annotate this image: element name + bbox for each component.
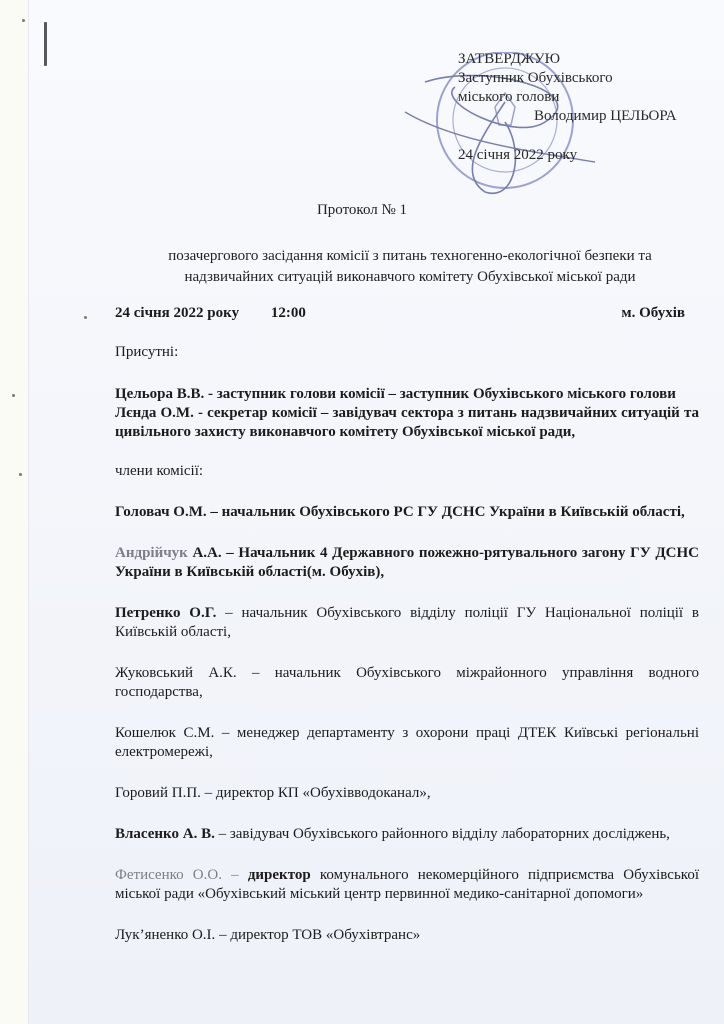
member-entry: Головач О.М. – начальник Обухівського РС… bbox=[115, 503, 699, 522]
approval-heading: ЗАТВЕРДЖУЮ bbox=[458, 50, 677, 69]
scan-speck bbox=[12, 394, 15, 397]
document-subtitle: позачергового засідання комісії з питань… bbox=[100, 246, 720, 288]
scan-speck bbox=[19, 473, 22, 476]
member-name: Кошелюк С.М. bbox=[115, 725, 214, 741]
members-label: члени комісії: bbox=[115, 462, 699, 481]
scan-left-edge bbox=[0, 0, 29, 1024]
meeting-meta: 24 січня 2022 року 12:00 м. Обухів bbox=[115, 305, 685, 322]
subtitle-line1: позачергового засідання комісії з питань… bbox=[100, 246, 720, 267]
member-entry: Фетисенко О.О. – директор комунального н… bbox=[115, 866, 699, 904]
approver-name: Володимир ЦЕЛЬОРА bbox=[458, 107, 677, 126]
meeting-place: м. Обухів bbox=[621, 305, 685, 322]
approval-block: ЗАТВЕРДЖУЮ Заступник Обухівського місько… bbox=[458, 50, 677, 165]
member-role-bold: директор bbox=[239, 867, 311, 883]
meeting-time: 12:00 bbox=[271, 305, 306, 321]
member-name: А.А. bbox=[188, 545, 222, 561]
member-name-faded: Фетисенко О.О. – bbox=[115, 867, 239, 883]
attendance-section: Присутні: Цельора В.В. - заступник голов… bbox=[115, 343, 699, 967]
member-name-faded: Андрійчук bbox=[115, 545, 188, 561]
subtitle-line2: надзвичайних ситуацій виконавчого коміте… bbox=[100, 267, 720, 288]
member-name: Петренко О.Г. bbox=[115, 605, 216, 621]
scan-speck bbox=[22, 19, 25, 22]
attendee-name: Цельора В.В. bbox=[115, 386, 204, 402]
member-name: Лук’яненко О.І. bbox=[115, 927, 215, 943]
member-entry: Власенко А. В. – завідувач Обухівського … bbox=[115, 825, 699, 844]
approver-position-line1: Заступник Обухівського bbox=[458, 69, 677, 88]
attendee-entry: Лєнда О.М. - секретар комісії – завідува… bbox=[115, 404, 699, 442]
member-entry: Лук’яненко О.І. – директор ТОВ «Обухівтр… bbox=[115, 926, 699, 945]
document-title: Протокол № 1 bbox=[0, 202, 724, 219]
approval-date: 24 січня 2022 року bbox=[458, 146, 677, 165]
member-entry: Петренко О.Г. – начальник Обухівського в… bbox=[115, 604, 699, 642]
member-name: Жуковський А.К. bbox=[115, 665, 237, 681]
member-role: – директор ТОВ «Обухівтранс» bbox=[215, 927, 420, 943]
member-role: – завідувач Обухівського районного відді… bbox=[215, 826, 670, 842]
member-role: – начальник Обухівського РС ГУ ДСНС Укра… bbox=[207, 504, 685, 520]
member-name: Головач О.М. bbox=[115, 504, 207, 520]
member-role: – директор КП «Обухівводоканал», bbox=[201, 785, 431, 801]
member-entry: Кошелюк С.М. – менеджер департаменту з о… bbox=[115, 724, 699, 762]
member-name: Горовий П.П. bbox=[115, 785, 201, 801]
attendee-role: - секретар комісії – завідувач сектора з… bbox=[115, 405, 699, 440]
approver-position-line2: міського голови bbox=[458, 88, 677, 107]
meeting-date: 24 січня 2022 року bbox=[115, 305, 239, 321]
binder-hole-mark bbox=[44, 22, 47, 66]
member-entry: Андрійчук А.А. – Начальник 4 Державного … bbox=[115, 544, 699, 582]
member-entry: Горовий П.П. – директор КП «Обухівводока… bbox=[115, 784, 699, 803]
attendee-entry: Цельора В.В. - заступник голови комісії … bbox=[115, 385, 699, 404]
attendee-name: Лєнда О.М. bbox=[115, 405, 194, 421]
member-entry: Жуковський А.К. – начальник Обухівського… bbox=[115, 664, 699, 702]
present-label: Присутні: bbox=[115, 343, 699, 362]
scan-speck bbox=[84, 316, 87, 319]
attendee-role: - заступник голови комісії – заступник О… bbox=[204, 386, 676, 402]
member-name: Власенко А. В. bbox=[115, 826, 215, 842]
